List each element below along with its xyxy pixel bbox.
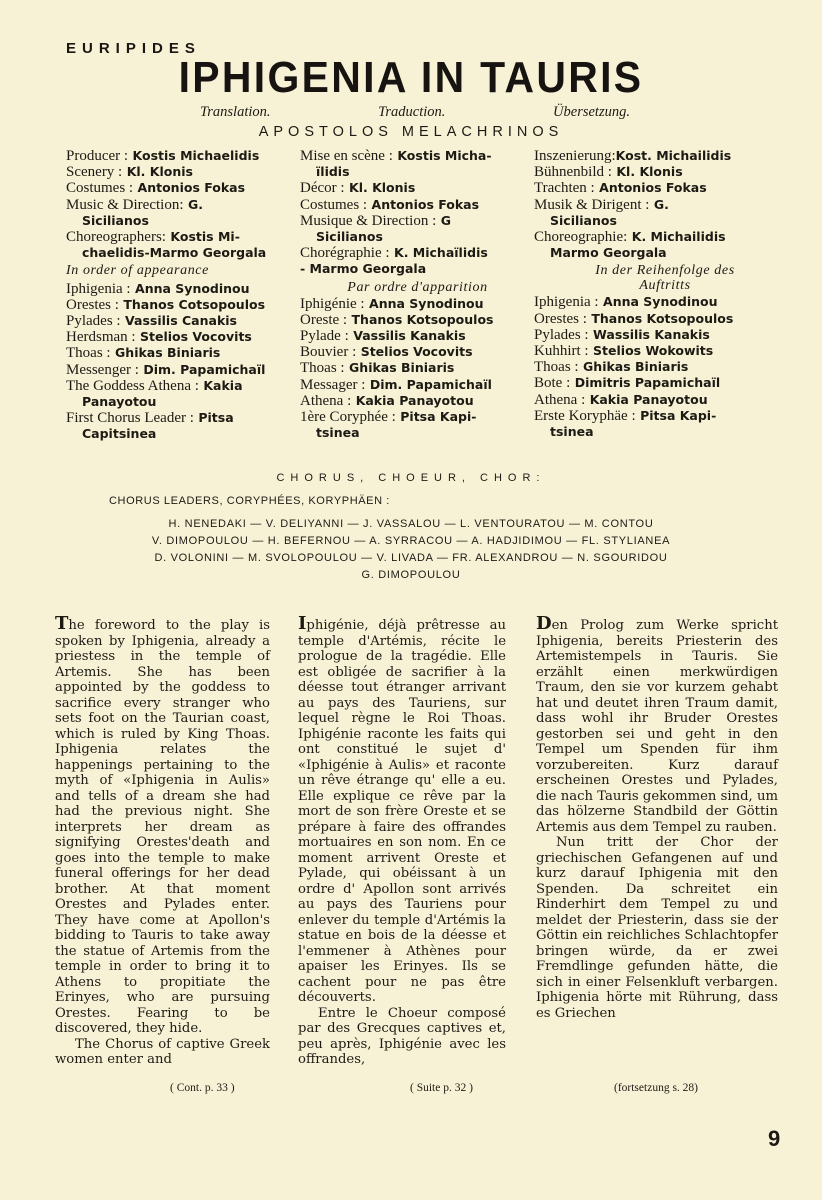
synopsis-english: The foreword to the play is spoken by Ip… <box>55 616 270 1068</box>
cast-line-cont: tsinea <box>300 425 535 441</box>
synopsis-paragraph: Iphigénie, déjà prêtresse au temple d'Ar… <box>298 616 506 1006</box>
synopsis-paragraph: Entre le Choeur composé par des Grecques… <box>298 1006 506 1068</box>
cast-line-cont: tsinea <box>534 424 796 440</box>
cast-line: Thoas : Ghikas Biniaris <box>534 359 796 375</box>
cast-order-label-line1: In der Reihenfolge des <box>534 263 796 278</box>
cast-line-cont: Capitsinea <box>66 426 296 442</box>
page-number: 9 <box>768 1126 780 1152</box>
synopsis-german: Den Prolog zum Werke spricht Iphigenia, … <box>536 616 778 1021</box>
chorus-members-line: V. DIMOPOULOU — H. BEFERNOU — A. SYRRACO… <box>100 533 722 550</box>
cast-line: Athena : Kakia Panayotou <box>534 392 796 408</box>
translation-label-de: Übersetzung. <box>553 104 630 121</box>
synopsis-paragraph: Nun tritt der Chor der griechischen Gefa… <box>536 835 778 1021</box>
chorus-members-line: D. VOLONINI — M. SVOLOPOULOU — V. LIVADA… <box>100 550 722 567</box>
cast-line: Athena : Kakia Panayotou <box>300 393 535 409</box>
continued-note-german: (fortsetzung s. 28) <box>614 1082 698 1094</box>
cast-line: Herdsman : Stelios Vocovits <box>66 329 296 345</box>
credit-line: Musik & Dirigent : G. <box>534 197 796 213</box>
synopsis-french: Iphigénie, déjà prêtresse au temple d'Ar… <box>298 616 506 1068</box>
translation-labels: Translation. Traduction. Übersetzung. <box>200 104 630 121</box>
chorus-members-line: H. NENEDAKI — V. DELIYANNI — J. VASSALOU… <box>100 516 722 533</box>
cast-line: Thoas : Ghikas Biniaris <box>300 360 535 376</box>
credit-line: Music & Direction: G. <box>66 197 296 213</box>
cast-order-label: Par ordre d'apparition <box>300 278 535 296</box>
credit-line: Mise en scène : Kostis Micha- <box>300 148 535 164</box>
cast-line: The Goddess Athena : Kakia <box>66 378 296 394</box>
cast-line: Iphigenia : Anna Synodinou <box>534 294 796 310</box>
credit-line-cont: Sicilianos <box>300 229 535 245</box>
cast-line: Oreste : Thanos Kotsopoulos <box>300 312 535 328</box>
credit-line-cont: chaelidis-Marmo Georgala <box>66 245 296 261</box>
credit-line: Trachten : Antonios Fokas <box>534 180 796 196</box>
chorus-members-line: G. DIMOPOULOU <box>100 567 722 584</box>
cast-line: Bouvier : Stelios Vocovits <box>300 344 535 360</box>
cast-line: Thoas : Ghikas Biniaris <box>66 345 296 361</box>
cast-line: Erste Koryphäe : Pitsa Kapi- <box>534 408 796 424</box>
credit-line: Scenery : Kl. Klonis <box>66 164 296 180</box>
cast-order-label: In order of appearance <box>66 261 296 280</box>
credit-line: Bühnenbild : Kl. Klonis <box>534 164 796 180</box>
chorus-leaders-label: CHORUS LEADERS, CORYPHÉES, KORYPHÄEN : <box>109 495 390 507</box>
drop-cap: D <box>536 613 552 634</box>
credit-line: Choreographie: K. Michailidis <box>534 229 796 245</box>
synopsis-paragraph: The Chorus of captive Greek women enter … <box>55 1037 270 1068</box>
credit-line: Chorégraphie : K. Michaïlidis <box>300 245 535 261</box>
credits-column-english: Producer : Kostis Michaelidis Scenery : … <box>66 148 296 443</box>
credit-line: Producer : Kostis Michaelidis <box>66 148 296 164</box>
drop-cap: T <box>55 613 68 634</box>
translator-name: APOSTOLOS MELACHRINOS <box>0 124 822 140</box>
cast-line: Iphigénie : Anna Synodinou <box>300 296 535 312</box>
cast-line: Orestes : Thanos Cotsopoulos <box>66 297 296 313</box>
chorus-heading: CHORUS, CHOEUR, CHOR: <box>0 472 822 484</box>
credit-line: Décor : Kl. Klonis <box>300 180 535 196</box>
credit-line: Costumes : Antonios Fokas <box>300 197 535 213</box>
cast-line: Pylades : Vassilis Canakis <box>66 313 296 329</box>
cast-line-cont: Panayotou <box>66 394 296 410</box>
translation-label-en: Translation. <box>200 104 271 121</box>
cast-line: 1ère Coryphée : Pitsa Kapi- <box>300 409 535 425</box>
cast-line: Messager : Dim. Papamichaïl <box>300 377 535 393</box>
synopsis-paragraph: Den Prolog zum Werke spricht Iphigenia, … <box>536 616 778 835</box>
cast-line: Pylades : Wassilis Kanakis <box>534 327 796 343</box>
cast-line: Kuhhirt : Stelios Wokowits <box>534 343 796 359</box>
credit-line: Inszenierung:Kost. Michailidis <box>534 148 796 164</box>
cast-line: Iphigenia : Anna Synodinou <box>66 281 296 297</box>
cast-line: Orestes : Thanos Kotsopoulos <box>534 311 796 327</box>
program-page: EURIPIDES IPHIGENIA IN TAURIS Translatio… <box>0 0 822 1200</box>
synopsis-paragraph: The foreword to the play is spoken by Ip… <box>55 616 270 1037</box>
credit-line: Costumes : Antonios Fokas <box>66 180 296 196</box>
cast-order-label-line2: Auftritts <box>534 278 796 293</box>
credit-line-cont: Sicilianos <box>66 213 296 229</box>
cast-line: Messenger : Dim. Papamichaïl <box>66 362 296 378</box>
page-title: IPHIGENIA IN TAURIS <box>29 56 793 100</box>
credit-line-cont: - Marmo Georgala <box>300 261 535 277</box>
credit-line: Musique & Direction : G <box>300 213 535 229</box>
credit-line: Choreographers: Kostis Mi- <box>66 229 296 245</box>
credits-column-german: Inszenierung:Kost. Michailidis Bühnenbil… <box>534 148 796 440</box>
continued-note-french: ( Suite p. 32 ) <box>410 1082 473 1094</box>
translation-label-fr: Traduction. <box>378 104 445 121</box>
credit-line-cont: Marmo Georgala <box>534 245 796 261</box>
cast-order-label: In der Reihenfolge des Auftritts <box>534 261 796 294</box>
cast-line: First Chorus Leader : Pitsa <box>66 410 296 426</box>
chorus-members: H. NENEDAKI — V. DELIYANNI — J. VASSALOU… <box>100 516 722 584</box>
continued-note-english: ( Cont. p. 33 ) <box>170 1082 235 1094</box>
cast-line: Pylade : Vassilis Kanakis <box>300 328 535 344</box>
credit-line-cont: Sicilianos <box>534 213 796 229</box>
cast-line: Bote : Dimitris Papamichaïl <box>534 375 796 391</box>
credits-column-french: Mise en scène : Kostis Micha- ïlidis Déc… <box>300 148 535 441</box>
credit-line-cont: ïlidis <box>300 164 535 180</box>
